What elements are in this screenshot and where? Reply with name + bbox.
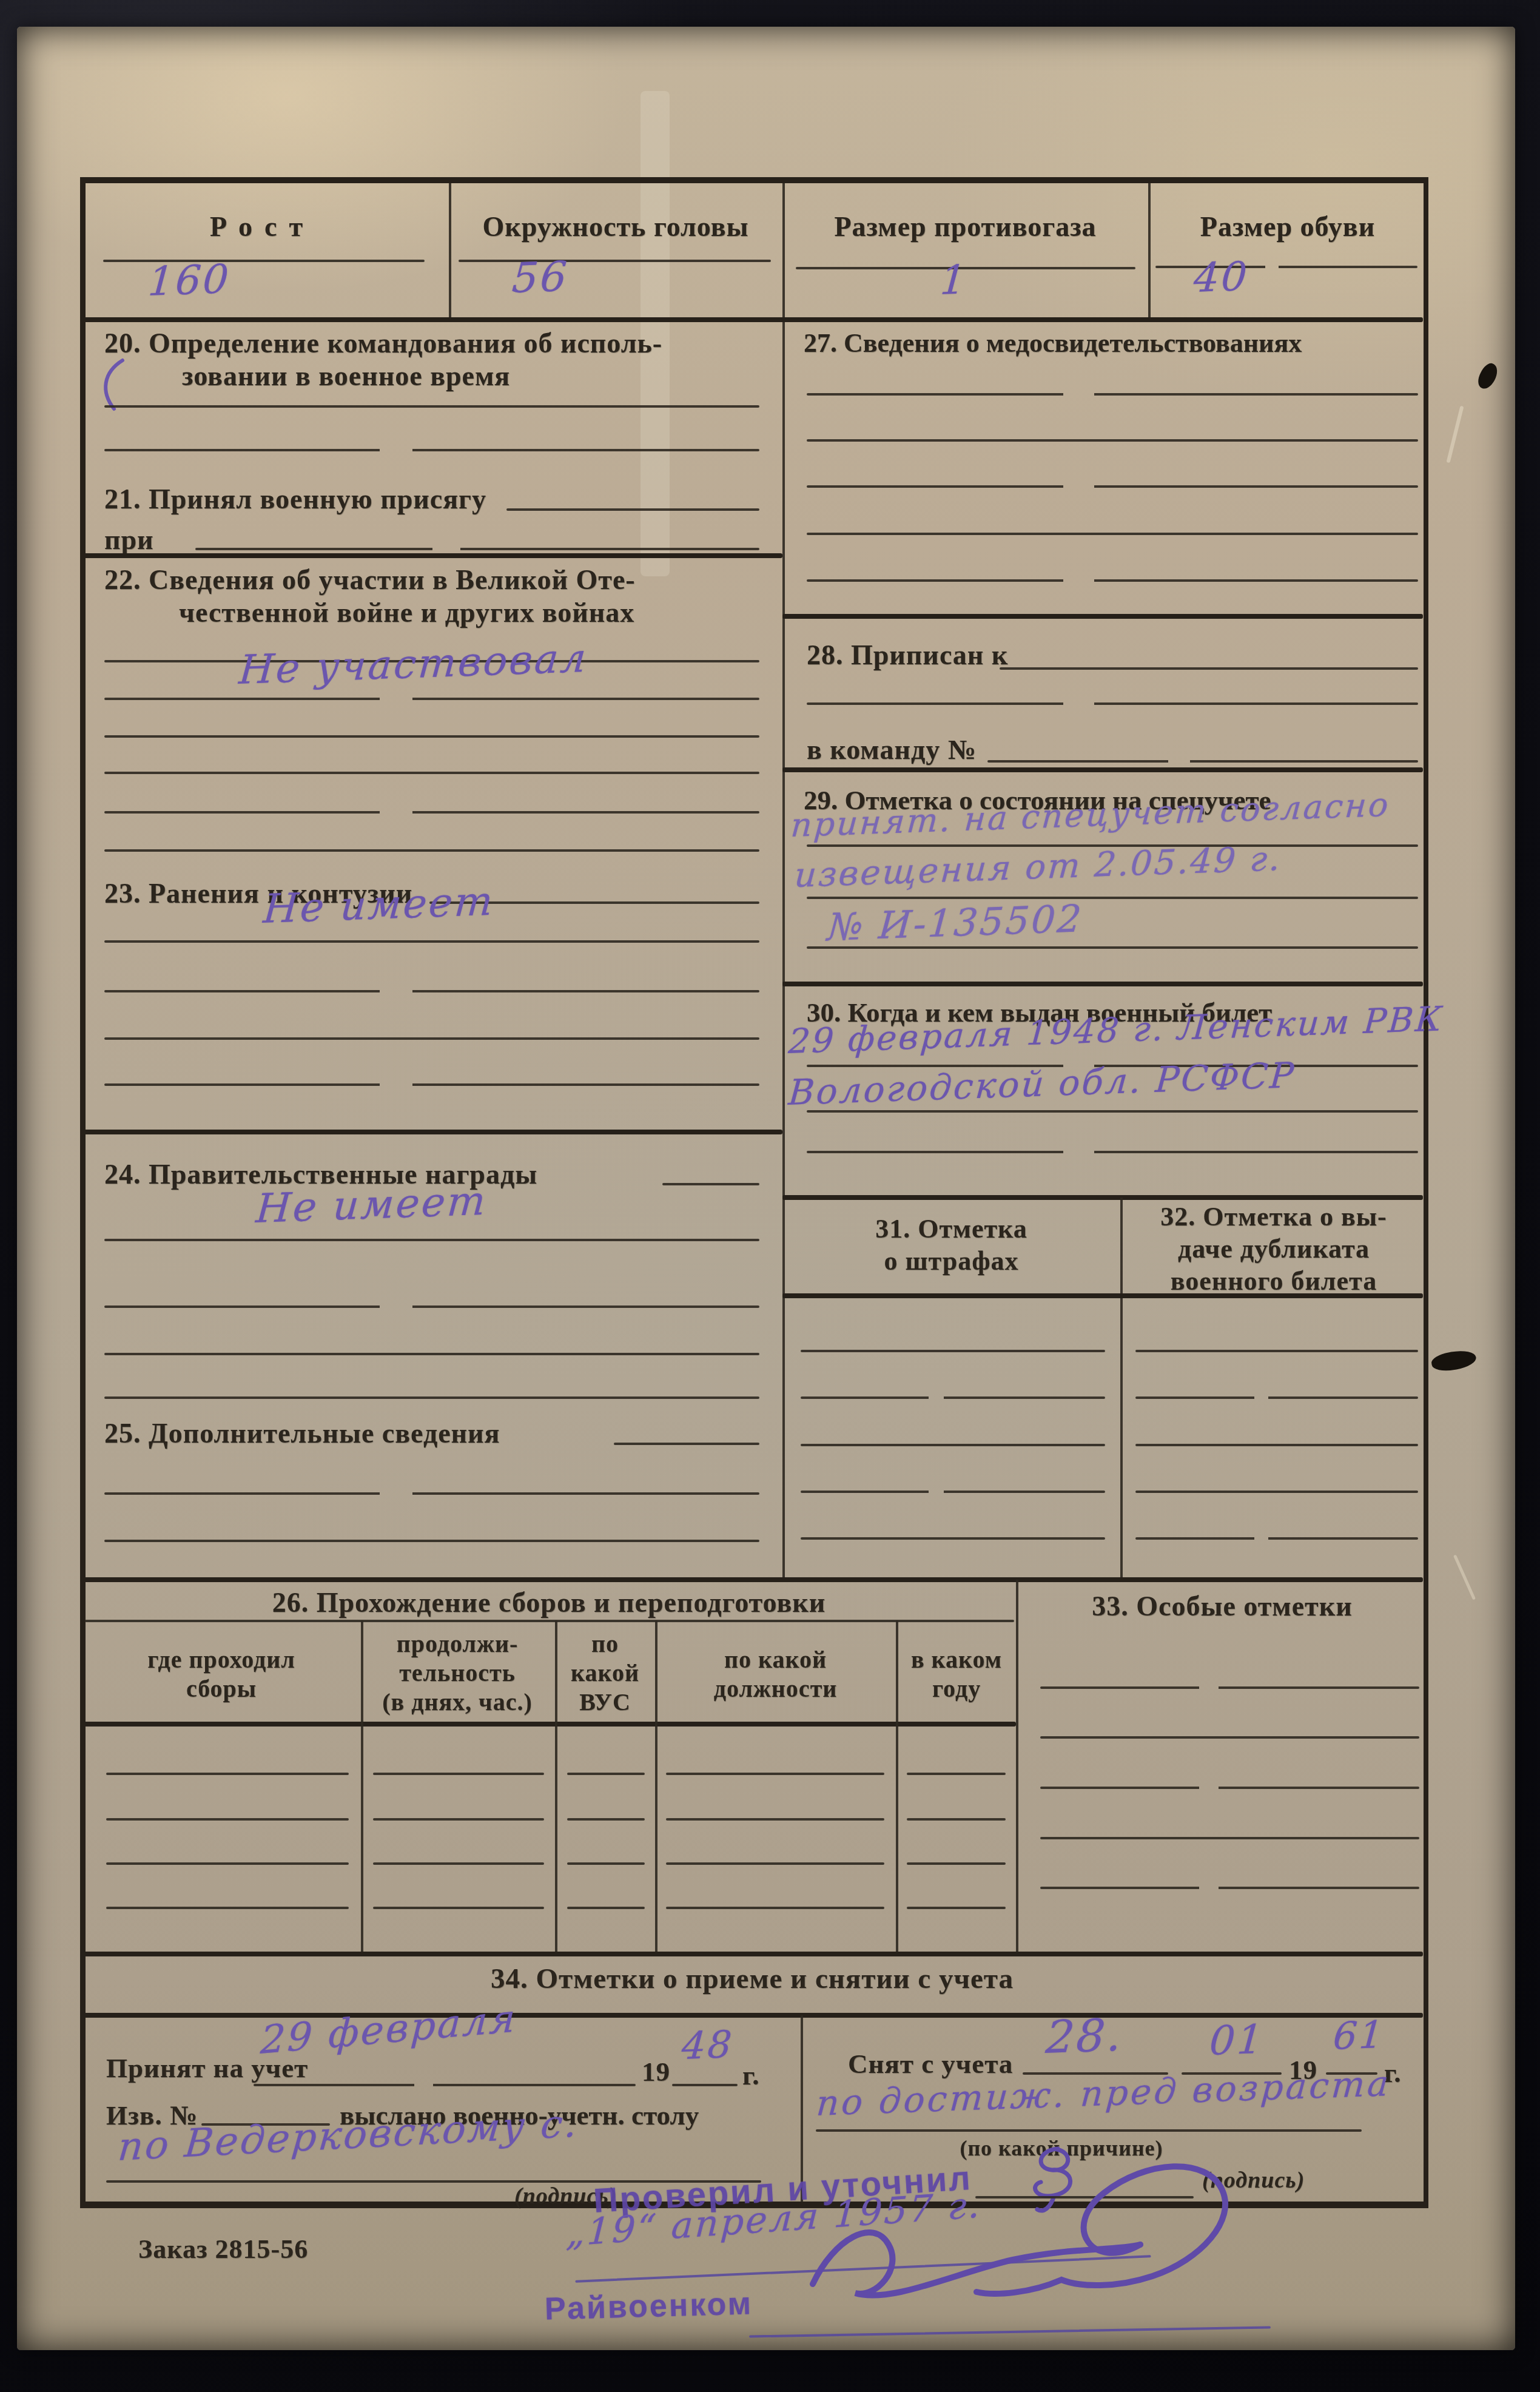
field-34-title: 34. Отметки о приеме и снятии с учета	[82, 1962, 1422, 1996]
remove-day-handwritten: 28.	[1044, 2013, 1125, 2060]
ruled-line	[254, 2084, 636, 2086]
ruled-line	[662, 1183, 759, 1185]
ruled-line	[807, 1110, 1418, 1113]
table-row-line	[801, 1491, 1105, 1493]
table-row-line	[1135, 1537, 1418, 1540]
section-divider	[80, 1130, 782, 1134]
table-row-line	[907, 1818, 1006, 1821]
ruled-line	[104, 1396, 759, 1399]
field-22-handwritten: Не участвовал	[238, 638, 589, 690]
col-header-position: по какой должности	[658, 1645, 893, 1703]
table-row-line	[373, 1907, 544, 1909]
table-row-line	[106, 1773, 349, 1775]
table-column-line	[361, 1621, 363, 1952]
remove-month-handwritten: 01	[1208, 2020, 1266, 2061]
ruled-line	[1040, 1686, 1419, 1689]
ruled-line	[672, 2084, 738, 2086]
ruled-line	[104, 1239, 759, 1241]
ruled-line	[104, 1037, 759, 1040]
table-row-line	[666, 1773, 884, 1775]
field-29-handwritten-line3: № И-135502	[826, 900, 1084, 946]
ruled-line	[104, 698, 759, 700]
field-23-handwritten: Не имеет	[262, 881, 496, 929]
table-row-line	[907, 1907, 1006, 1909]
table-row-line	[373, 1862, 544, 1865]
table-header-rule	[782, 1293, 1423, 1298]
table-row-line	[106, 1862, 349, 1865]
col-header-duration: продолжи- тельность (в днях, час.)	[364, 1629, 551, 1717]
field-31-label: 31. Отметка о штрафах	[784, 1213, 1119, 1278]
section-divider	[80, 1577, 1423, 1582]
accept-year-handwritten: 48	[681, 2026, 735, 2065]
shoe-size-value-handwritten: 40	[1192, 257, 1250, 298]
field-28-team-label: в команду №	[807, 733, 977, 766]
table-row-line	[1135, 1444, 1418, 1446]
section-divider	[782, 767, 1423, 772]
ruled-line	[104, 811, 759, 814]
table-row-line	[1135, 1396, 1418, 1399]
field-33-label: 33. Особые отметки	[1016, 1589, 1428, 1623]
ruled-line	[1040, 1837, 1419, 1839]
ruled-line	[816, 2129, 1362, 2132]
photo-background: Рост Окружность головы Размер противогаз…	[0, 0, 1540, 2392]
table-row-line	[666, 1862, 884, 1865]
ruled-line	[807, 393, 1418, 396]
size-table-divider	[449, 183, 451, 320]
field-22-label: 22. Сведения об участии в Великой Оте-	[104, 563, 765, 596]
table-column-line	[655, 1621, 657, 1952]
table-row-line	[1135, 1350, 1418, 1352]
field-26-title: 26. Прохождение сборов и переподготовки	[85, 1586, 1013, 1619]
section-divider	[80, 553, 782, 558]
ruled-line	[807, 946, 1418, 949]
ruled-line	[104, 405, 759, 408]
table-row-line	[373, 1818, 544, 1821]
table-row-line	[801, 1350, 1105, 1352]
ruled-line	[104, 940, 759, 943]
commissar-signature-loop	[977, 2166, 1225, 2294]
ruled-line	[104, 735, 759, 738]
ruled-line	[104, 1540, 759, 1542]
order-number: Заказ 2815-56	[138, 2234, 308, 2266]
ruled-line	[104, 990, 759, 992]
ruled-line	[807, 533, 1418, 535]
ruled-line	[459, 260, 771, 262]
ruled-line	[104, 1083, 759, 1086]
ruled-line	[104, 449, 759, 451]
ruled-line	[506, 508, 759, 511]
size-label-gasmask: Размер противогаза	[785, 210, 1145, 243]
field-28-label: 28. Приписан к	[807, 638, 1008, 672]
table-row-line	[801, 1537, 1105, 1540]
ruled-line	[1040, 1736, 1419, 1739]
ruled-line	[807, 1151, 1418, 1153]
ruled-line	[807, 439, 1418, 442]
ruled-line	[104, 1353, 759, 1355]
table-row-line	[666, 1818, 884, 1821]
ruled-line	[807, 897, 1418, 899]
ruled-line	[807, 702, 1418, 705]
field-25-label: 25. Дополнительные сведения	[104, 1417, 500, 1450]
ruled-line	[104, 1492, 759, 1495]
table-row-line	[907, 1773, 1006, 1775]
fine-column-divider	[1120, 1198, 1123, 1577]
ruled-line	[1040, 1787, 1419, 1789]
size-table-divider	[1148, 183, 1151, 320]
ruled-line	[104, 1305, 759, 1308]
field-20-label: 20. Определение командования об исполь-	[104, 326, 765, 360]
table-header-rule	[80, 1722, 1016, 1727]
remove-label: Снят с учета	[848, 2047, 1013, 2080]
accept-year-prefix: 19	[642, 2055, 670, 2088]
remove-year-handwritten: 61	[1332, 2016, 1387, 2055]
section-divider	[782, 614, 1423, 619]
table-row-line	[373, 1773, 544, 1775]
size-label-height: Рост	[85, 210, 440, 243]
commissar-signature	[776, 2148, 1249, 2330]
section-divider	[782, 1195, 1423, 1200]
commissar-label: Райвоенком	[544, 2286, 753, 2328]
accept-year-suffix: г.	[742, 2059, 760, 2092]
pen-squiggle-path	[106, 360, 123, 409]
size-label-shoes: Размер обуви	[1151, 210, 1424, 243]
table-row-line	[567, 1818, 645, 1821]
field-27-label: 27. Сведения о медосвидетельствованиях	[804, 328, 1428, 360]
ruled-line	[614, 1443, 759, 1445]
col-header-vus: по какой ВУС	[558, 1629, 652, 1717]
table-row-line	[666, 1907, 884, 1909]
table-row-line	[801, 1396, 1105, 1399]
field-21-label: 21. Принял военную присягу	[104, 482, 486, 516]
col-header-year: в каком году	[899, 1645, 1014, 1703]
table-row-line	[567, 1907, 645, 1909]
height-value-handwritten: 160	[147, 259, 232, 302]
section-divider	[80, 1952, 1423, 1956]
table-row-line	[567, 1773, 645, 1775]
field-20-label-line2: зовании в военное время	[182, 359, 510, 392]
field-21-prefix: при	[104, 523, 154, 556]
table-row-line	[907, 1862, 1006, 1865]
section-divider	[782, 982, 1423, 986]
table-row-line	[801, 1444, 1105, 1446]
table-row-line	[106, 1818, 349, 1821]
field-22-label-line2: чественной войне и других войнах	[179, 596, 634, 629]
ruled-line	[195, 548, 759, 550]
field-24-handwritten: Не имеет	[255, 1181, 488, 1229]
table-row-line	[567, 1862, 645, 1865]
ruled-line	[807, 579, 1418, 582]
ruled-line	[104, 772, 759, 774]
ruled-line	[987, 760, 1418, 763]
size-label-head: Окружность головы	[452, 210, 779, 243]
ruled-line	[807, 485, 1418, 488]
table-column-line	[555, 1621, 557, 1952]
ruled-line	[1040, 1887, 1419, 1889]
ruled-line	[104, 849, 759, 852]
table-row-line	[1135, 1491, 1418, 1493]
table-right-border	[1016, 1580, 1018, 1952]
ruled-line	[85, 1620, 1014, 1622]
head-size-value-handwritten: 56	[511, 257, 570, 300]
field-32-label: 32. Отметка о вы- даче дубликата военног…	[1123, 1201, 1424, 1297]
table-row-line	[106, 1907, 349, 1909]
table-column-line	[896, 1621, 898, 1952]
section-divider	[80, 317, 1423, 322]
col-header-where: где проходил сборы	[91, 1645, 352, 1703]
gasmask-size-value-handwritten: 1	[939, 260, 969, 301]
ruled-line	[1000, 667, 1418, 670]
column-divider-center	[782, 183, 785, 1578]
